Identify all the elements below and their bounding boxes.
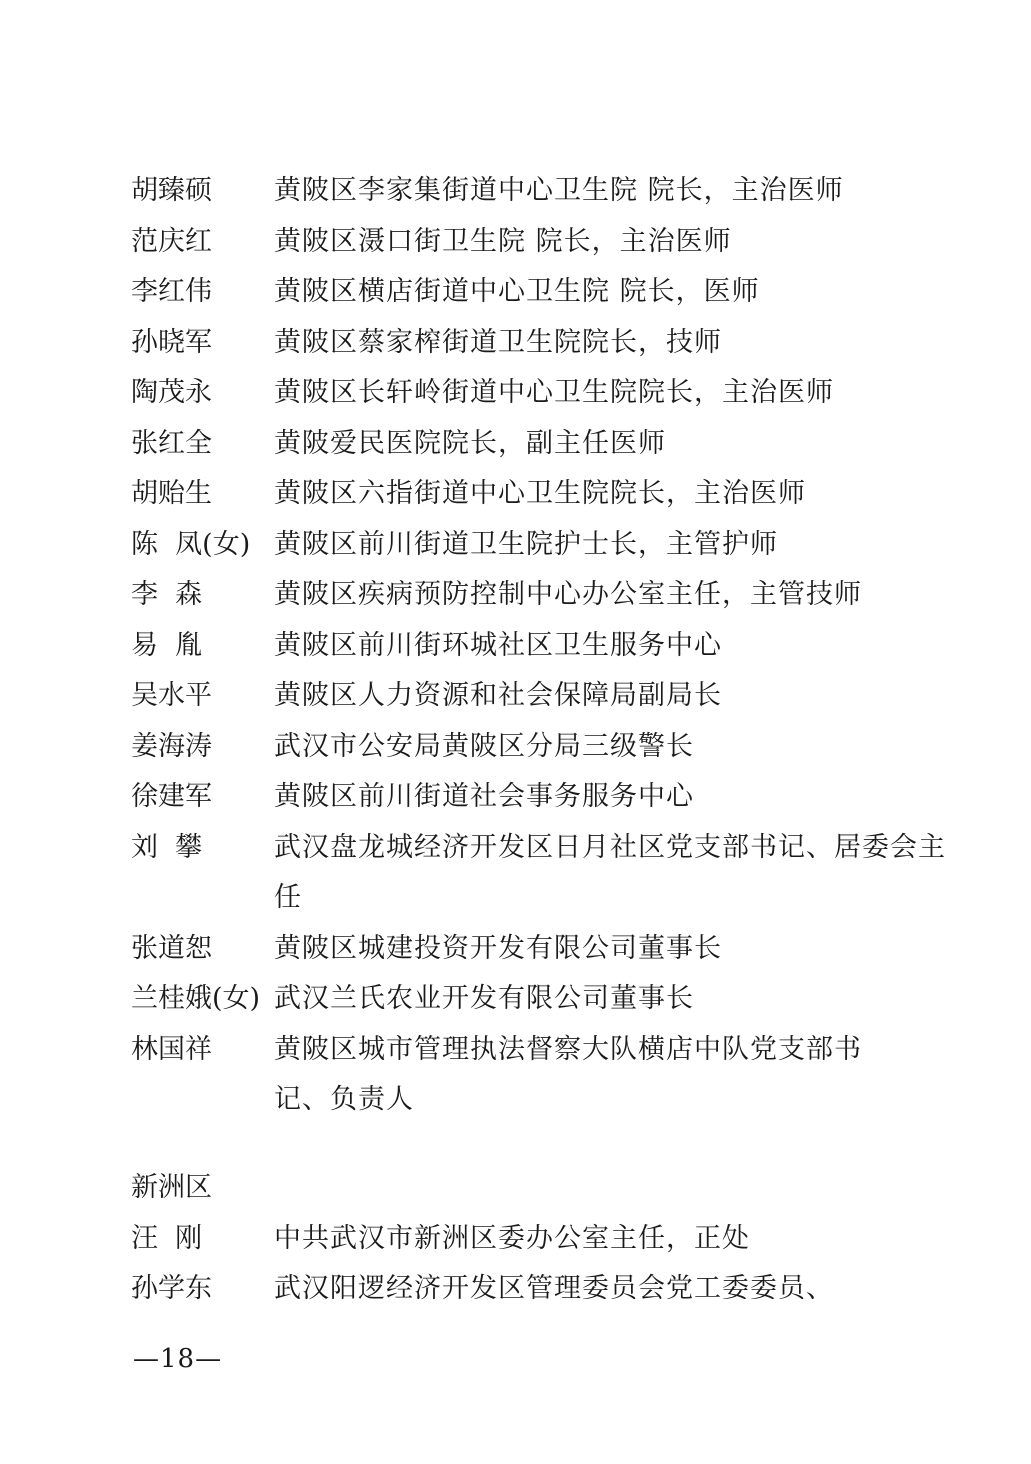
person-position: 武汉盘龙城经济开发区日月社区党支部书记、居委会主任 [274, 823, 951, 924]
list-item: 范庆红 黄陂区滠口街卫生院 院长，主治医师 [131, 217, 951, 268]
person-name: 吴水平 [131, 671, 274, 722]
list-item: 兰桂娥(女) 武汉兰氏农业开发有限公司董事长 [131, 974, 951, 1025]
person-name: 林国祥 [131, 1025, 274, 1076]
person-position: 黄陂区疾病预防控制中心办公室主任，主管技师 [274, 570, 951, 621]
person-name: 张道恕 [131, 924, 274, 975]
person-position: 黄陂区横店街道中心卫生院 院长，医师 [274, 267, 951, 318]
list-item: 李红伟 黄陂区横店街道中心卫生院 院长，医师 [131, 267, 951, 318]
person-position: 黄陂区蔡家榨街道卫生院院长，技师 [274, 318, 951, 369]
list-item: 徐建军 黄陂区前川街道社会事务服务中心 [131, 772, 951, 823]
person-name: 李 森 [131, 570, 274, 621]
list-item: 汪 刚 中共武汉市新洲区委办公室主任，正处 [131, 1214, 951, 1265]
list-item: 林国祥 黄陂区城市管理执法督察大队横店中队党支部书记、负责人 [131, 1025, 951, 1126]
person-name: 胡臻硕 [131, 166, 274, 217]
person-name: 孙学东 [131, 1264, 274, 1315]
person-position: 黄陂区城建投资开发有限公司董事长 [274, 924, 951, 975]
person-position: 武汉阳逻经济开发区管理委员会党工委委员、 [274, 1264, 951, 1315]
section-spacer [131, 1126, 951, 1162]
person-name: 陈 凤(女) [131, 520, 274, 571]
person-name: 李红伟 [131, 267, 274, 318]
person-name: 汪 刚 [131, 1214, 274, 1265]
list-item: 张红全 黄陂爱民医院院长，副主任医师 [131, 419, 951, 470]
person-position: 黄陂区前川街环城社区卫生服务中心 [274, 621, 951, 672]
list-item: 胡贻生 黄陂区六指街道中心卫生院院长，主治医师 [131, 469, 951, 520]
person-position: 黄陂区人力资源和社会保障局副局长 [274, 671, 951, 722]
person-name: 姜海涛 [131, 722, 274, 773]
list-item: 胡臻硕 黄陂区李家集街道中心卫生院 院长，主治医师 [131, 166, 951, 217]
person-position: 黄陂区城市管理执法督察大队横店中队党支部书记、负责人 [274, 1025, 951, 1126]
person-position: 黄陂区李家集街道中心卫生院 院长，主治医师 [274, 166, 951, 217]
list-item: 易 胤 黄陂区前川街环城社区卫生服务中心 [131, 621, 951, 672]
list-item: 刘 攀 武汉盘龙城经济开发区日月社区党支部书记、居委会主任 [131, 823, 951, 924]
person-position: 中共武汉市新洲区委办公室主任，正处 [274, 1214, 951, 1265]
document-page: 胡臻硕 黄陂区李家集街道中心卫生院 院长，主治医师 范庆红 黄陂区滠口街卫生院 … [0, 0, 1031, 1464]
person-position: 武汉市公安局黄陂区分局三级警长 [274, 722, 951, 773]
person-position: 黄陂区六指街道中心卫生院院长，主治医师 [274, 469, 951, 520]
list-item: 姜海涛 武汉市公安局黄陂区分局三级警长 [131, 722, 951, 773]
person-name: 孙晓军 [131, 318, 274, 369]
list-item: 李 森 黄陂区疾病预防控制中心办公室主任，主管技师 [131, 570, 951, 621]
person-position: 黄陂区长轩岭街道中心卫生院院长，主治医师 [274, 368, 951, 419]
member-list: 胡臻硕 黄陂区李家集街道中心卫生院 院长，主治医师 范庆红 黄陂区滠口街卫生院 … [131, 166, 951, 1315]
list-item: 陶茂永 黄陂区长轩岭街道中心卫生院院长，主治医师 [131, 368, 951, 419]
list-item: 张道恕 黄陂区城建投资开发有限公司董事长 [131, 924, 951, 975]
list-item: 孙学东 武汉阳逻经济开发区管理委员会党工委委员、 [131, 1264, 951, 1315]
person-name: 刘 攀 [131, 823, 274, 874]
person-position: 黄陂区前川街道社会事务服务中心 [274, 772, 951, 823]
person-position: 黄陂爱民医院院长，副主任医师 [274, 419, 951, 470]
person-position: 黄陂区滠口街卫生院 院长，主治医师 [274, 217, 951, 268]
person-name: 徐建军 [131, 772, 274, 823]
person-position: 黄陂区前川街道卫生院护士长，主管护师 [274, 520, 951, 571]
page-number: —18— [133, 1344, 222, 1374]
person-name: 兰桂娥(女) [131, 974, 274, 1025]
person-position: 武汉兰氏农业开发有限公司董事长 [274, 974, 951, 1025]
person-name: 张红全 [131, 419, 274, 470]
person-name: 易 胤 [131, 621, 274, 672]
person-name: 范庆红 [131, 217, 274, 268]
list-item: 孙晓军 黄陂区蔡家榨街道卫生院院长，技师 [131, 318, 951, 369]
list-item: 陈 凤(女) 黄陂区前川街道卫生院护士长，主管护师 [131, 520, 951, 571]
section-title-xinzhou: 新洲区 [131, 1162, 951, 1214]
list-item: 吴水平 黄陂区人力资源和社会保障局副局长 [131, 671, 951, 722]
person-name: 陶茂永 [131, 368, 274, 419]
person-name: 胡贻生 [131, 469, 274, 520]
